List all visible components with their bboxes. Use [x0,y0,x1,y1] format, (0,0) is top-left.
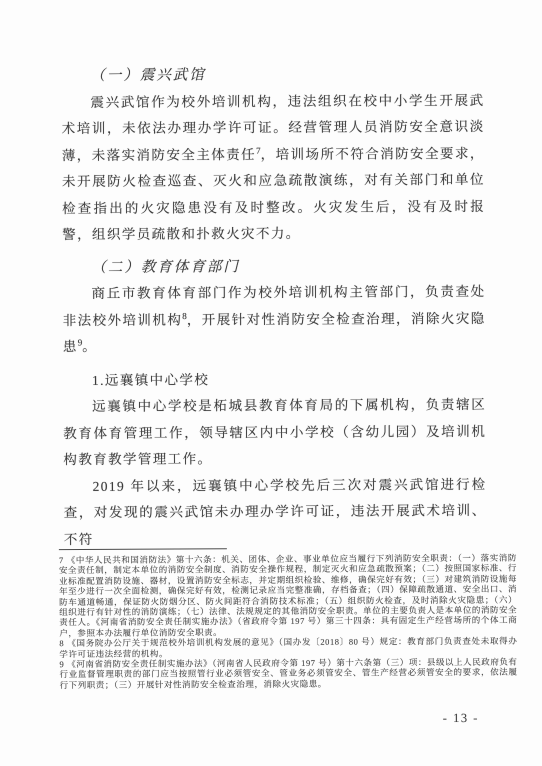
footnote: 8《国务院办公厅关于规范校外培训机构发展的意见》（国办发〔2018〕80 号）规… [59,636,517,659]
footnote-list: 7《中华人民共和国消防法》第十六条：机关、团体、企业、事业单位应当履行下列消防安… [59,553,518,691]
scanned-content: （一）震兴武馆 震兴武馆作为校外培训机构，违法组织在校中小学生开展武术培训，未依… [0,0,542,766]
main-text-block: （一）震兴武馆 震兴武馆作为校外培训机构，违法组织在校中小学生开展武术培训，未依… [61,61,487,553]
footnote-ref: 9 [78,337,83,347]
subsection-heading: 1.远襄镇中心学校 [63,365,486,394]
section-heading-2: （二）教育体育部门 [62,252,485,281]
footnote-text: 《国务院办公厅关于规范校外培训机构发展的意见》（国办发〔2018〕80 号）规定… [59,636,517,659]
page-number: - 13 - [443,711,479,726]
footnote-number: 9 [59,659,67,669]
footnote-text: 《中华人民共和国消防法》第十六条：机关、团体、企业、事业单位应当履行下列消防安全… [59,553,517,638]
document-page: （一）震兴武馆 震兴武馆作为校外培训机构，违法组织在校中小学生开展武术培训，未依… [0,0,542,766]
footnote: 9《河南省消防安全责任制实施办法》（河南省人民政府令第 197 号）第十六条第（… [59,657,517,691]
footnote-ref: 8 [182,310,187,320]
paragraph-3: 远襄镇中心学校是柘城县教育体育局的下属机构，负责辖区教育体育管理工作，领导辖区内… [63,392,486,474]
section-heading-1: （一）震兴武馆 [61,61,484,90]
footnote-number: 7 [59,555,67,565]
paragraph-1: 震兴武馆作为校外培训机构，违法组织在校中小学生开展武术培训，未依法办理办学许可证… [61,87,485,248]
paragraph-4: 2019 年以来，远襄镇中心学校先后三次对震兴武馆进行检查，对发现的震兴武馆未办… [63,471,486,553]
paragraph-2: 商丘市教育体育部门作为校外培训机构主管部门，负责查处非法校外培训机构8，开展针对… [62,279,485,361]
footnote-divider [59,548,227,550]
footnote-ref: 7 [256,145,261,155]
footnote: 7《中华人民共和国消防法》第十六条：机关、团体、企业、事业单位应当履行下列消防安… [59,553,517,639]
footnotes-section: 7《中华人民共和国消防法》第十六条：机关、团体、企业、事业单位应当履行下列消防安… [59,547,518,691]
footnote-number: 8 [59,638,67,648]
footnote-text: 《河南省消防安全责任制实施办法》（河南省人民政府令第 197 号）第十六条第（三… [59,657,517,690]
